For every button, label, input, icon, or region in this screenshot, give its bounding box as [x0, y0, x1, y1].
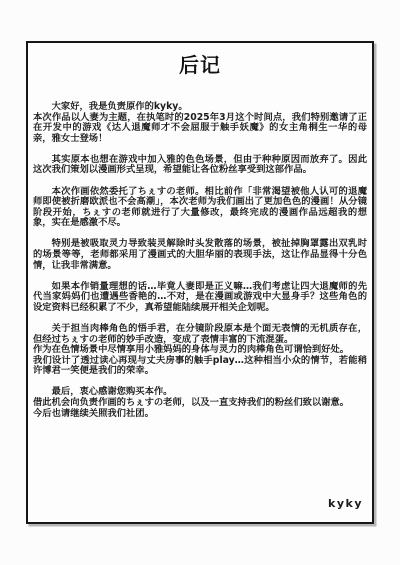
- afterword-frame: 后记 大家好，我是负责原作的kyky。 本次作品以人妻为主题，在执笔时的2025…: [26, 41, 374, 524]
- page-background: 后记 大家好，我是负责原作的kyky。 本次作品以人妻为主题，在执笔时的2025…: [0, 0, 400, 565]
- paragraph-thanks: 最后，衷心感谢您购买本作。 借此机会向负责作画的ちぇすの老师，以及一直支持我们的…: [33, 387, 367, 419]
- afterword-body: 大家好，我是负责原作的kyky。 本次作品以人妻为主题，在执笔时的2025年3月…: [33, 102, 367, 419]
- paragraph-game-plan: 其实原本也想在游戏中加入雅的色色场景，但由于种种原因而放弃了。因此这次我们策划以…: [33, 155, 367, 176]
- paragraph-character-notes: 关于担当肉棒角色的悟手君，在分镜阶段原本是个面无表情的无机质存在，但经过ちぇすの…: [33, 324, 367, 377]
- paragraph-artist-credit: 本次作画依然委托了ちぇすの老师。相比前作「非常渴望被他人认可的退魔师即使被折磨欧…: [33, 187, 367, 229]
- paragraph-scene-praise: 特别是被吸取灵力导致装灵解除时头发散落的场景，被扯掉胸罩露出双乳时的场景等等，老…: [33, 239, 367, 271]
- paragraph-future-plans: 如果本作销量理想的话…毕竟人妻即是正义嘛…我们考虑让四大退魔师的先代当家妈妈们也…: [33, 282, 367, 314]
- paragraph-intro: 大家好，我是负责原作的kyky。 本次作品以人妻为主题，在执笔时的2025年3月…: [33, 102, 367, 144]
- author-signature: kyky: [328, 497, 363, 510]
- page-title: 后记: [28, 54, 372, 76]
